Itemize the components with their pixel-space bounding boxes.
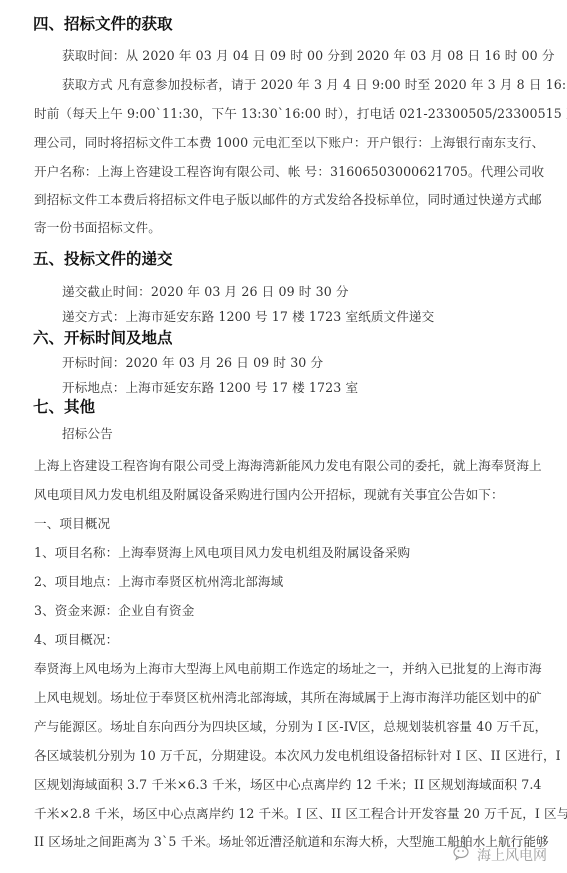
- section-heading-7: 七、其他: [33, 397, 95, 417]
- watermark: 海上风电网: [453, 845, 547, 865]
- section-heading-5: 五、投标文件的递交: [33, 249, 173, 269]
- submission-method: 递交方式：上海市延安东路 1200 号 17 楼 1723 室纸质文件递交: [62, 309, 434, 325]
- acquisition-time: 获取时间：从 2020 年 03 月 04 日 09 时 00 分到 2020 …: [62, 48, 555, 64]
- project-summary-line-4: 各区域装机分别为 10 万千瓦，分期建设。本次风力发电机组设备招标针对 I 区、…: [34, 748, 539, 764]
- announcement-intro-line-1: 上海上咨建设工程咨询有限公司受上海海湾新能风力发电有限公司的委托，就上海奉贤海上: [34, 458, 539, 474]
- submission-deadline: 递交截止时间：2020 年 03 月 26 日 09 时 30 分: [62, 284, 349, 300]
- announcement-title: 招标公告: [62, 426, 113, 442]
- acquisition-method-line-2: 时前（每天上午 9:00`11:30，下午 13:30`16:00 时），打电话…: [34, 106, 539, 122]
- wechat-icon: [453, 845, 473, 865]
- opening-time: 开标时间：2020 年 03 月 26 日 09 时 30 分: [62, 355, 323, 371]
- acquisition-method-line-3: 理公司，同时将招标文件工本费 1000 元电汇至以下账户：开户银行：上海银行南东…: [34, 135, 539, 151]
- funding-source: 3、资金来源：企业自有资金: [34, 603, 194, 619]
- document-page: 四、招标文件的获取 获取时间：从 2020 年 03 月 04 日 09 时 0…: [0, 0, 567, 873]
- project-summary-heading: 4、项目概况：: [34, 632, 118, 648]
- section-heading-6: 六、开标时间及地点: [33, 328, 173, 348]
- project-name: 1、项目名称：上海奉贤海上风电项目风力发电机组及附属设备采购: [34, 545, 410, 561]
- acquisition-method-line-4: 开户名称：上海上咨建设工程咨询有限公司、帐 号：3160650300062170…: [34, 164, 539, 180]
- section-heading-4: 四、招标文件的获取: [33, 14, 173, 34]
- project-summary-line-3: 产与能源区。场址自东向西分为四块区域，分别为 I 区-IV区，总规划装机容量 4…: [34, 719, 539, 735]
- project-summary-line-6: 千米×2.8 千米，场区中心点离岸约 12 千米。I 区、II 区工程合计开发容…: [34, 806, 539, 822]
- announcement-intro-line-2: 风电项目风力发电机组及附属设备采购进行国内公开招标，现就有关事宜公告如下：: [34, 487, 504, 503]
- acquisition-method-line-5: 到招标文件工本费后将招标文件电子版以邮件的方式发给各投标单位，同时通过快递方式邮: [34, 192, 539, 208]
- acquisition-method-line-6: 寄一份书面招标文件。: [34, 220, 161, 236]
- project-summary-line-5: 区规划海域面积 3.7 千米×6.3 千米，场区中心点离岸约 12 千米；II …: [34, 777, 539, 793]
- project-overview-heading: 一、项目概况: [34, 516, 110, 532]
- acquisition-method-line-1: 获取方式 凡有意参加投标者，请于 2020 年 3 月 4 日 9:00 时至 …: [62, 77, 567, 93]
- project-summary-line-1: 奉贤海上风电场为上海市大型海上风电前期工作选定的场址之一，并纳入已批复的上海市海: [34, 661, 539, 677]
- project-location: 2、项目地点：上海市奉贤区杭州湾北部海域: [34, 574, 283, 590]
- opening-location: 开标地点：上海市延安东路 1200 号 17 楼 1723 室: [62, 380, 358, 396]
- project-summary-line-2: 上风电规划。场址位于奉贤区杭州湾北部海域，其所在海域属于上海市海洋功能区划中的矿: [34, 690, 539, 706]
- watermark-text: 海上风电网: [477, 845, 547, 865]
